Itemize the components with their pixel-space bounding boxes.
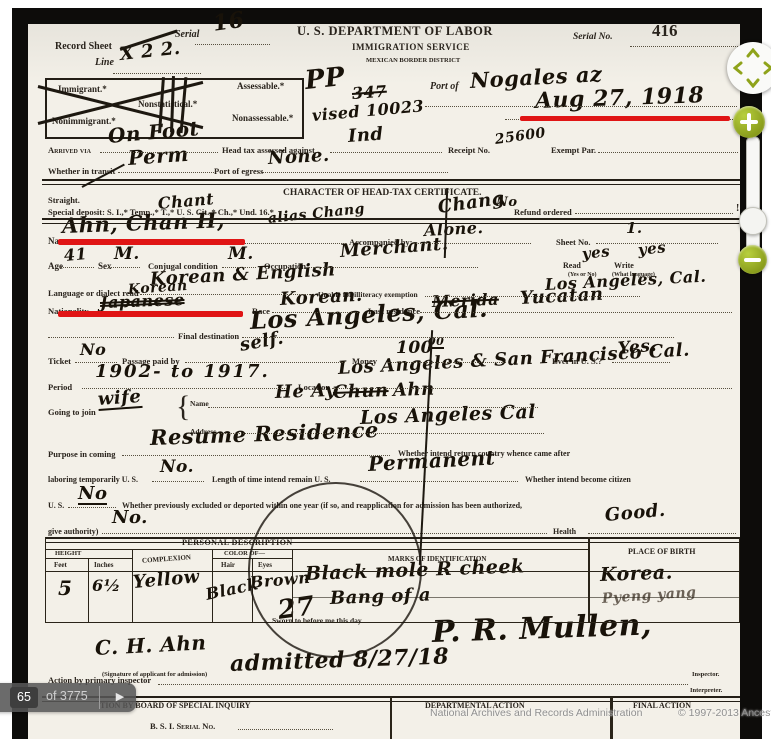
form-line <box>425 106 737 107</box>
health-label: Health <box>553 528 576 536</box>
form-line <box>208 407 538 408</box>
copyright-label: © 1997-2013 Ancest <box>678 707 771 719</box>
chevron-down-icon[interactable] <box>746 78 760 88</box>
viewer-canvas: { "colors": { "annotation_red": "#e01515… <box>0 0 771 739</box>
record-sheet-label: Record Sheet <box>55 42 112 52</box>
service-title: IMMIGRATION SERVICE <box>352 43 470 52</box>
read-label: Read <box>563 262 581 270</box>
receipt-label: Receipt No. <box>448 146 490 155</box>
department-title: U. S. DEPARTMENT OF LABOR <box>297 25 493 38</box>
form-line <box>158 684 688 685</box>
egress-label: Port of egress <box>214 167 263 176</box>
form-line <box>330 152 442 153</box>
citizen-value: No <box>78 485 107 505</box>
form-line <box>332 388 732 389</box>
exclamation-mark: ! <box>736 204 739 214</box>
form-line <box>48 337 174 338</box>
serial-no-value: 416 <box>652 22 678 39</box>
form-line <box>242 337 674 338</box>
page-number-input[interactable]: 65 <box>10 687 38 708</box>
pen-stroke-oval <box>232 466 439 674</box>
form-line <box>360 481 518 482</box>
form-line <box>185 362 345 363</box>
form-line <box>588 533 736 534</box>
passage-value: self. <box>238 329 285 354</box>
pen-scribble-pp: PP <box>304 64 347 94</box>
birth-value-line1: Korea. <box>600 563 673 585</box>
table-border <box>45 537 46 622</box>
going-to-join-label: Going to join <box>48 408 96 417</box>
ticket-value: No <box>80 342 106 358</box>
serial-no-label: Serial No. <box>573 33 613 43</box>
form-line <box>68 507 116 508</box>
form-line <box>222 267 256 268</box>
table-border <box>132 549 133 622</box>
table-border <box>739 537 740 622</box>
district-title: MEXICAN BORDER DISTRICT <box>366 58 460 65</box>
join-name-pre: He Ay <box>275 382 337 402</box>
read-value: yes <box>581 244 611 262</box>
inches-header: Inches <box>94 562 113 569</box>
archive-credit-label: National Archives and Records Administra… <box>430 707 642 719</box>
table-border <box>390 697 392 739</box>
write-label: Write <box>614 262 634 270</box>
form-line <box>413 243 531 244</box>
chevron-left-icon[interactable] <box>733 61 743 75</box>
period-value: 1902- to 1917. <box>95 363 270 381</box>
table-border <box>88 558 89 622</box>
zoom-out-button[interactable] <box>738 245 767 274</box>
us-label: U. S. <box>48 502 64 510</box>
form-line <box>258 172 448 173</box>
form-line <box>60 267 94 268</box>
egress-value: None. <box>268 147 331 168</box>
form-line <box>630 46 740 47</box>
age-value: 41 <box>63 246 88 264</box>
inspector-signature: P. R. Mullen, <box>431 610 652 648</box>
chevron-right-icon[interactable] <box>763 61 771 75</box>
form-line <box>388 362 506 363</box>
chevron-up-icon[interactable] <box>746 48 760 58</box>
red-underline-name <box>58 239 245 245</box>
location-value: Los Angeles & San Francisco Cal. <box>338 342 691 378</box>
form-line <box>152 481 204 482</box>
refund-label: Refund ordered <box>514 208 572 217</box>
ticket-label: Ticket <box>48 357 71 366</box>
straight-label: Straight. <box>48 196 80 205</box>
next-page-button[interactable]: ▶ <box>108 689 132 706</box>
port-label: Port of <box>430 82 459 92</box>
page-navigation-bar: 65 of 3775 ▶ <box>0 683 136 712</box>
interpreter-caption: Interpreter. <box>690 688 722 695</box>
form-line <box>425 296 640 297</box>
occupation-value: Merchant. <box>339 235 449 261</box>
period-label: Period <box>48 383 72 392</box>
date-value: Aug 27, 1918 <box>535 84 705 112</box>
health-value: Good. <box>604 502 666 525</box>
red-underline-nationality <box>58 311 243 317</box>
length-value: Permanent <box>367 447 495 474</box>
bsi-serial-label: B. S. I. Serial No. <box>150 722 215 731</box>
table-border <box>588 537 590 622</box>
line-value: X 2 2. <box>119 40 181 64</box>
nonassessable-label: Nonassessable.* <box>232 114 293 123</box>
zoom-in-button[interactable] <box>733 106 765 138</box>
place-of-birth-header: PLACE OF BIRTH <box>628 548 695 556</box>
destination-label: Final destination <box>178 332 239 341</box>
form-line <box>122 455 390 456</box>
purpose-label: Purpose in coming <box>48 450 116 459</box>
line-label: Line <box>95 58 114 68</box>
form-line <box>108 267 140 268</box>
applicant-signature: C. H. Ahn <box>94 632 206 658</box>
authority-value: No. <box>112 509 148 527</box>
form-line <box>612 362 670 363</box>
join-name-crossed: Chun <box>333 382 389 402</box>
form-line <box>82 388 287 389</box>
arrived-label: Arrived via <box>48 146 91 155</box>
laboring-value: No. <box>160 459 194 476</box>
rule <box>42 179 740 185</box>
inches-value: 6½ <box>92 578 121 594</box>
height-header: HEIGHT <box>55 551 81 558</box>
going-to-join-value: wife <box>97 388 142 411</box>
form-line <box>100 152 218 153</box>
form-line <box>238 729 333 730</box>
receipt-value: 25600 <box>494 126 547 147</box>
join-name-label: Name <box>190 400 209 408</box>
form-line <box>140 294 312 295</box>
citizen-label: Whether intend become citizen <box>525 476 631 484</box>
red-underline-date <box>520 116 730 121</box>
nonstatistical-label: Nonstatistical.* <box>138 100 197 109</box>
serial-value: 16 <box>211 9 245 35</box>
page-count-label: of 3775 <box>46 690 88 703</box>
form-line <box>75 362 117 363</box>
conjugal-value: M. <box>228 246 254 263</box>
feet-header: Feet <box>54 562 67 569</box>
brace-glyph: { <box>176 392 190 422</box>
zoom-slider-thumb[interactable] <box>739 207 767 235</box>
complexion-header: COMPLEXION <box>142 554 191 564</box>
exempt-label: Exempt Par. <box>551 146 596 155</box>
length-label: Length of time intend remain U. S. <box>212 476 331 484</box>
form-line <box>308 267 478 268</box>
form-line <box>575 213 733 214</box>
form-line <box>214 433 544 434</box>
rule <box>42 218 740 224</box>
birth-value-line2: Pyeng yang <box>602 585 697 606</box>
form-line <box>113 73 201 74</box>
form-line <box>118 172 214 173</box>
form-line <box>272 312 360 313</box>
assessable-label: Assessable.* <box>237 82 284 91</box>
feet-value: 5 <box>58 578 72 598</box>
form-line <box>420 312 732 313</box>
authority-label: give authority) <box>48 528 98 536</box>
pager-divider <box>99 686 100 709</box>
form-line <box>598 152 738 153</box>
headtax-value: Ind <box>347 126 384 146</box>
inspector-caption: Inspector. <box>692 672 719 679</box>
hair-header: Hair <box>221 562 235 569</box>
form-line <box>596 243 718 244</box>
vise-number: vised 10023 <box>311 98 424 124</box>
document-content: Serial 16 Record Sheet Line X 2 2. U. S.… <box>0 0 771 739</box>
table-border <box>212 549 213 622</box>
pan-control[interactable] <box>727 42 771 94</box>
transit-value: Perm <box>127 144 189 168</box>
form-line <box>195 44 270 45</box>
sex-value: M. <box>114 246 140 263</box>
